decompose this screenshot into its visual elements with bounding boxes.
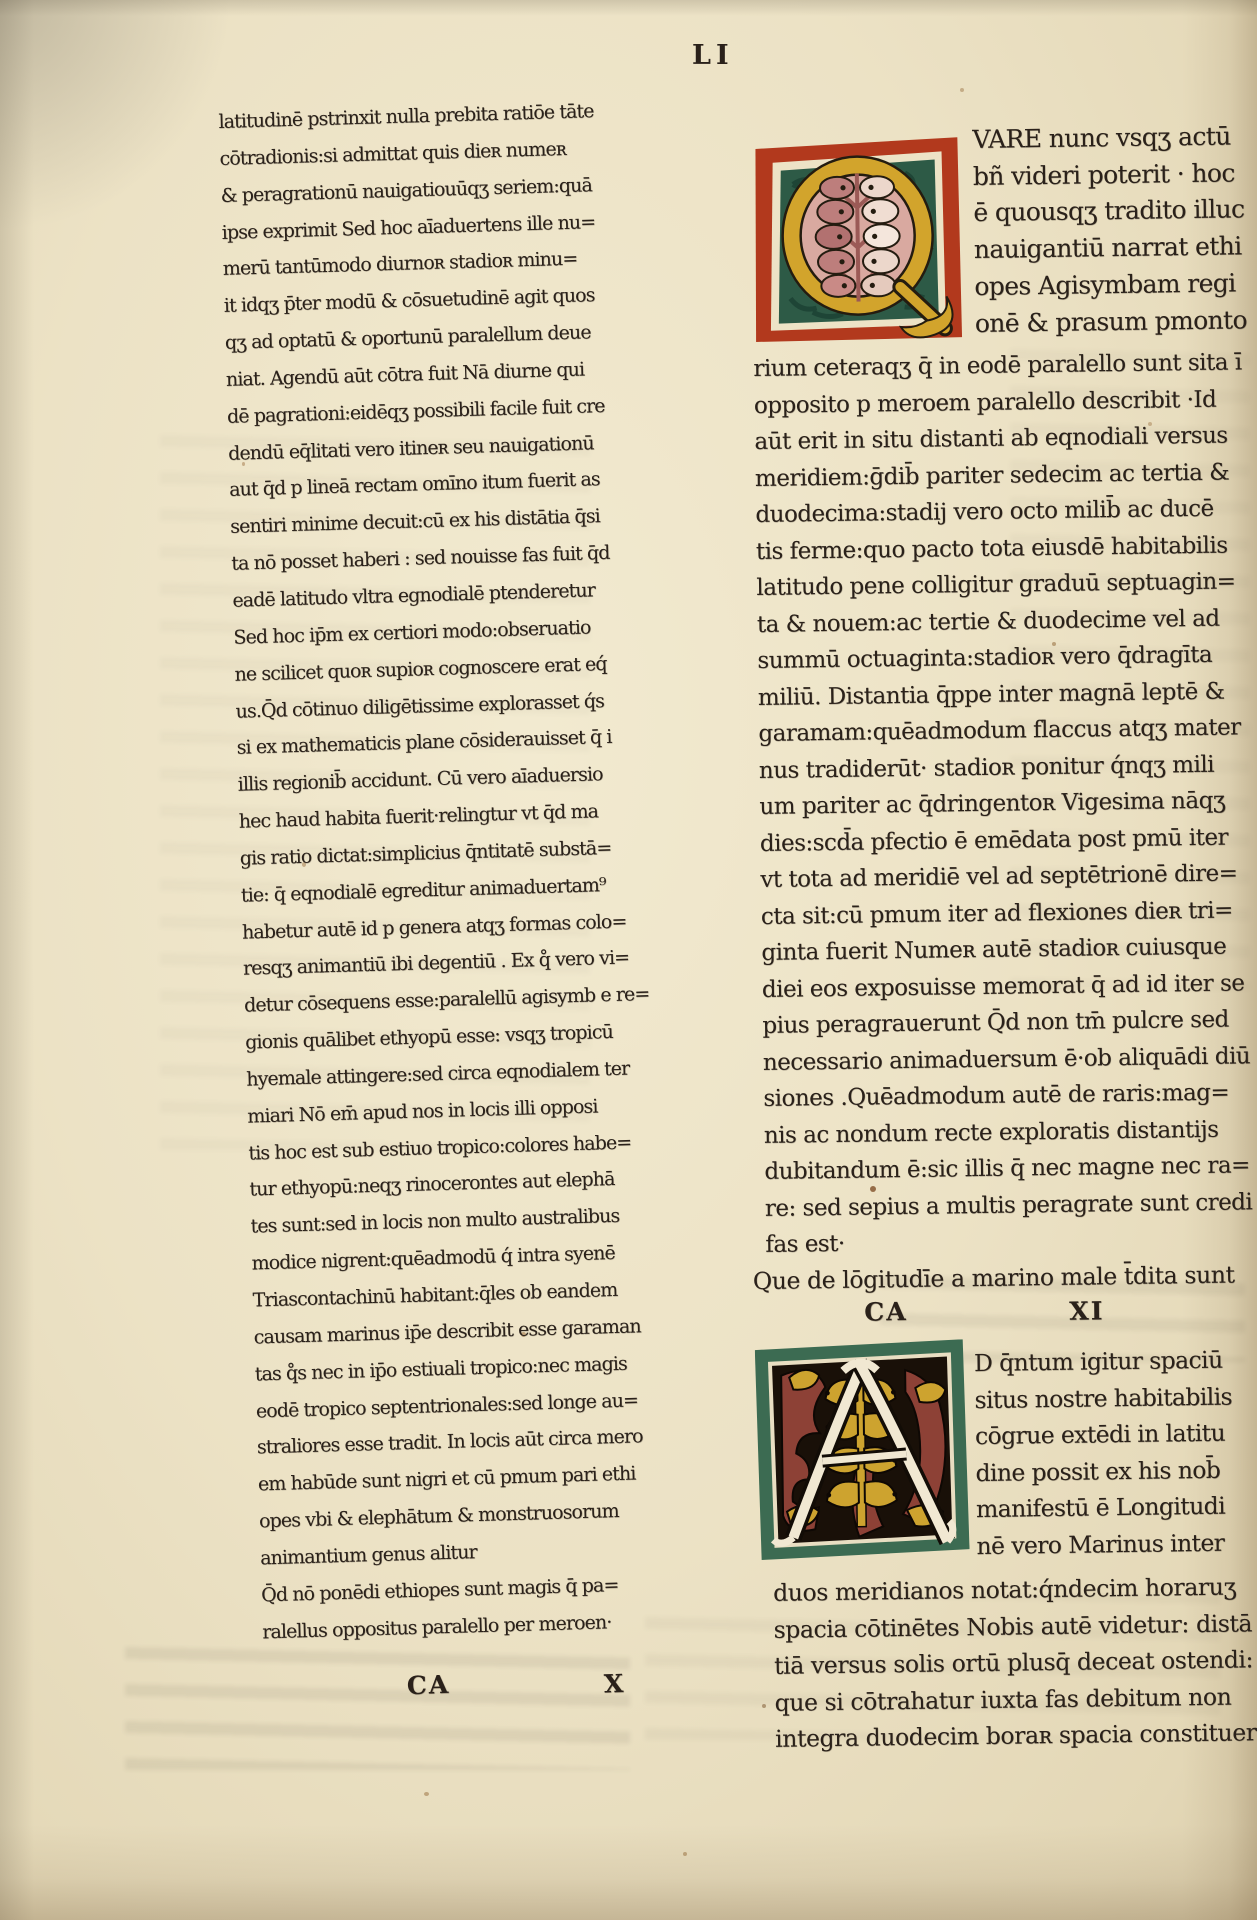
text-line: rium ceteraqʒ q̄ in eodē paralello sunt … <box>753 344 1242 387</box>
chapter11-intro-text: D q̄ntum igitur spaciūsitus nostre habit… <box>974 1342 1234 1565</box>
text-line: integra duodecim boraʀ spacia constituer… <box>775 1714 1257 1757</box>
text-line: duodecima:stadij vero octo milib̄ ac duc… <box>755 490 1244 533</box>
text-line: nauigantiū narrat ethi <box>974 228 1247 268</box>
text-line: re: sed sepius a multis peragrate sunt c… <box>765 1184 1254 1227</box>
left-column-text: latitudinē pstrinxit nulla prebita ratiō… <box>218 92 668 1651</box>
text-line: opes Agisymbam regi <box>974 265 1247 305</box>
page: LI latitudinē pstrinxit nulla prebita ra… <box>0 0 1257 1920</box>
text-line: D q̄ntum igitur spaciū <box>974 1342 1232 1382</box>
text-line: latitudo pene colligitur graduū septuagi… <box>756 563 1245 606</box>
text-line: siones .Quēadmodum autē de raris:mag= <box>763 1074 1252 1117</box>
paper-speck <box>960 88 964 92</box>
text-line: onē & prasum pmonto <box>975 302 1248 342</box>
chapter-label-left: CA <box>406 1670 450 1700</box>
text-line: nē vero Marinus inter <box>976 1525 1234 1565</box>
text-line: um pariter ac q̄dringentoʀ Vigesima nāqʒ <box>759 782 1248 825</box>
paper-speck <box>683 1852 687 1856</box>
text-line: bñ videri poterit · hoc <box>973 155 1246 195</box>
text-line: manifestū ē Longitudi <box>976 1488 1234 1528</box>
text-line: dubitandum ē:sic illis q̄ nec magne nec … <box>764 1147 1253 1190</box>
text-line: tiā versus solis ortū plusq̄ deceat oste… <box>774 1641 1257 1684</box>
text-line: cōgrue extēdi in latitu <box>975 1415 1233 1455</box>
text-line: vt tota ad meridiē vel ad septētrionē di… <box>760 855 1249 898</box>
chapter-heading: Que de lōgitudīe a marino male t̄dita su… <box>753 1261 1235 1296</box>
left-column: latitudinē pstrinxit nulla prebita ratiō… <box>218 92 696 1754</box>
right-column: VARE nunc vsqʒ actūbñ videri poterit · h… <box>752 108 1257 1835</box>
folio-number: LI <box>692 40 734 71</box>
text-line: summū octuaginta:stadioʀ vero q̄dragīta <box>757 636 1246 679</box>
chapter10-intro-text: VARE nunc vsqʒ actūbñ videri poterit · h… <box>972 118 1247 342</box>
text-line: fas est· <box>765 1220 1254 1263</box>
text-line: aūt erit in situ distanti ab eqnodiali v… <box>754 417 1243 460</box>
right-column-text: rium ceteraqʒ q̄ in eodē paralello sunt … <box>753 344 1254 1263</box>
text-line: dine possit ex his nob̄ <box>975 1451 1233 1491</box>
text-line: pius peragrauerunt Q̄d non tm̄ pulcre se… <box>762 1001 1251 1044</box>
text-line: garamam:quēadmodum flaccus atqʒ mater <box>758 709 1247 752</box>
text-line: situs nostre habitabilis <box>974 1378 1232 1418</box>
illuminated-initial-a-icon <box>755 1339 970 1560</box>
text-line: ginta fuerit Numeʀ autē stadioʀ cuiusque <box>761 928 1250 971</box>
chapter-number-right: XI <box>1069 1296 1104 1325</box>
illuminated-initial-q-icon <box>752 134 965 345</box>
chapter-number-left: X <box>604 1669 626 1699</box>
paper-speck <box>762 1704 766 1708</box>
text-line: duos meridianos notat:q́ndecim horaruʒ <box>773 1568 1257 1611</box>
chapter-label-right: CA <box>864 1297 908 1327</box>
chapter11-text: duos meridianos notat:q́ndecim horaruʒsp… <box>773 1568 1257 1758</box>
paper-speck <box>424 1792 429 1796</box>
text-line: VARE nunc vsqʒ actū <box>972 118 1245 158</box>
text-line: ē quousqʒ tradito illuc <box>973 192 1246 232</box>
